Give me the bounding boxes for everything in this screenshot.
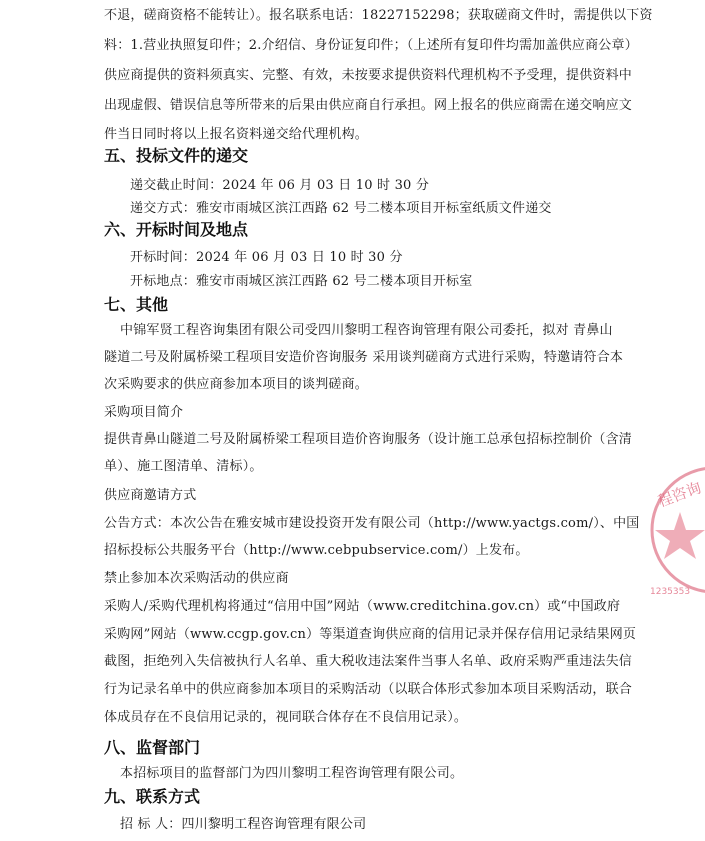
svg-text:1235353: 1235353 bbox=[650, 587, 690, 597]
section-heading-7: 七、其他 bbox=[104, 295, 168, 315]
official-seal-stamp: 程咨询 1235353 bbox=[648, 462, 705, 602]
submission-deadline: 递交截止时间：2024 年 06 月 03 日 10 时 30 分 bbox=[130, 178, 429, 194]
project-summary-line: 提供青鼻山隧道二号及附属桥梁工程项目造价咨询服务（设计施工总承包招标控制价（含清 bbox=[104, 432, 632, 448]
intro-line: 中锦军贤工程咨询集团有限公司受四川黎明工程咨询管理有限公司委托，拟对 青鼻山 bbox=[120, 323, 613, 339]
opening-place: 开标地点：雅安市雨城区滨江西路 62 号二楼本项目开标室 bbox=[130, 274, 472, 290]
invite-method-title: 供应商邀请方式 bbox=[104, 488, 196, 504]
paragraph-line: 不退，磋商资格不能转让）。报名联系电话：18227152298；获取磋商文件时，… bbox=[104, 8, 653, 24]
submission-method: 递交方式：雅安市雨城区滨江西路 62 号二楼本项目开标室纸质文件递交 bbox=[130, 201, 552, 217]
opening-time: 开标时间：2024 年 06 月 03 日 10 时 30 分 bbox=[130, 250, 403, 266]
paragraph-line: 出现虚假、错误信息等所带来的后果由供应商自行承担。网上报名的供应商需在递交响应文 bbox=[104, 98, 632, 114]
tenderer-line: 招 标 人：四川黎明工程咨询管理有限公司 bbox=[120, 817, 366, 833]
project-summary-title: 采购项目简介 bbox=[104, 405, 183, 421]
paragraph-line: 供应商提供的资料须真实、完整、有效，未按要求提供资料代理机构不予受理，提供资料中 bbox=[104, 68, 632, 84]
supervision-text: 本招标项目的监督部门为四川黎明工程咨询管理有限公司。 bbox=[120, 766, 463, 782]
banned-suppliers-title: 禁止参加本次采购活动的供应商 bbox=[104, 571, 289, 587]
banned-suppliers-line: 采购人/采购代理机构将通过“信用中国”网站（www.creditchina.go… bbox=[104, 599, 620, 615]
intro-line: 隧道二号及附属桥梁工程项目安造价咨询服务 采用谈判磋商方式进行采购，特邀请符合本 bbox=[104, 350, 623, 366]
paragraph-line: 料：1.营业执照复印件；2.介绍信、身份证复印件；（上述所有复印件均需加盖供应商… bbox=[104, 38, 638, 54]
project-summary-line: 单）、施工图清单、清标）。 bbox=[104, 459, 263, 475]
section-heading-5: 五、投标文件的递交 bbox=[104, 146, 248, 166]
banned-suppliers-line: 行为记录名单中的供应商参加本项目的采购活动（以联合体形式参加本项目采购活动，联合 bbox=[104, 682, 632, 698]
invite-method-line: 招标投标公共服务平台（http://www.cebpubservice.com/… bbox=[104, 543, 529, 559]
invite-method-line: 公告方式：本次公告在雅安城市建设投资开发有限公司（http://www.yact… bbox=[104, 516, 640, 532]
section-heading-9: 九、联系方式 bbox=[104, 787, 200, 807]
banned-suppliers-line: 截图，拒绝列入失信被执行人名单、重大税收违法案件当事人名单、政府采购严重违法失信 bbox=[104, 654, 632, 670]
section-heading-6: 六、开标时间及地点 bbox=[104, 220, 248, 240]
svg-text:程咨询: 程咨询 bbox=[655, 478, 703, 510]
paragraph-line: 件当日同时将以上报名资料递交给代理机构。 bbox=[104, 127, 368, 143]
seal-icon: 程咨询 1235353 bbox=[648, 462, 705, 602]
section-heading-8: 八、监督部门 bbox=[104, 738, 200, 758]
banned-suppliers-line: 采购网”网站（www.ccgp.gov.cn）等渠道查询供应商的信用记录并保存信… bbox=[104, 627, 636, 643]
intro-line: 次采购要求的供应商参加本项目的谈判磋商。 bbox=[104, 377, 368, 393]
banned-suppliers-line: 体成员存在不良信用记录的，视同联合体存在不良信用记录）。 bbox=[104, 710, 467, 726]
